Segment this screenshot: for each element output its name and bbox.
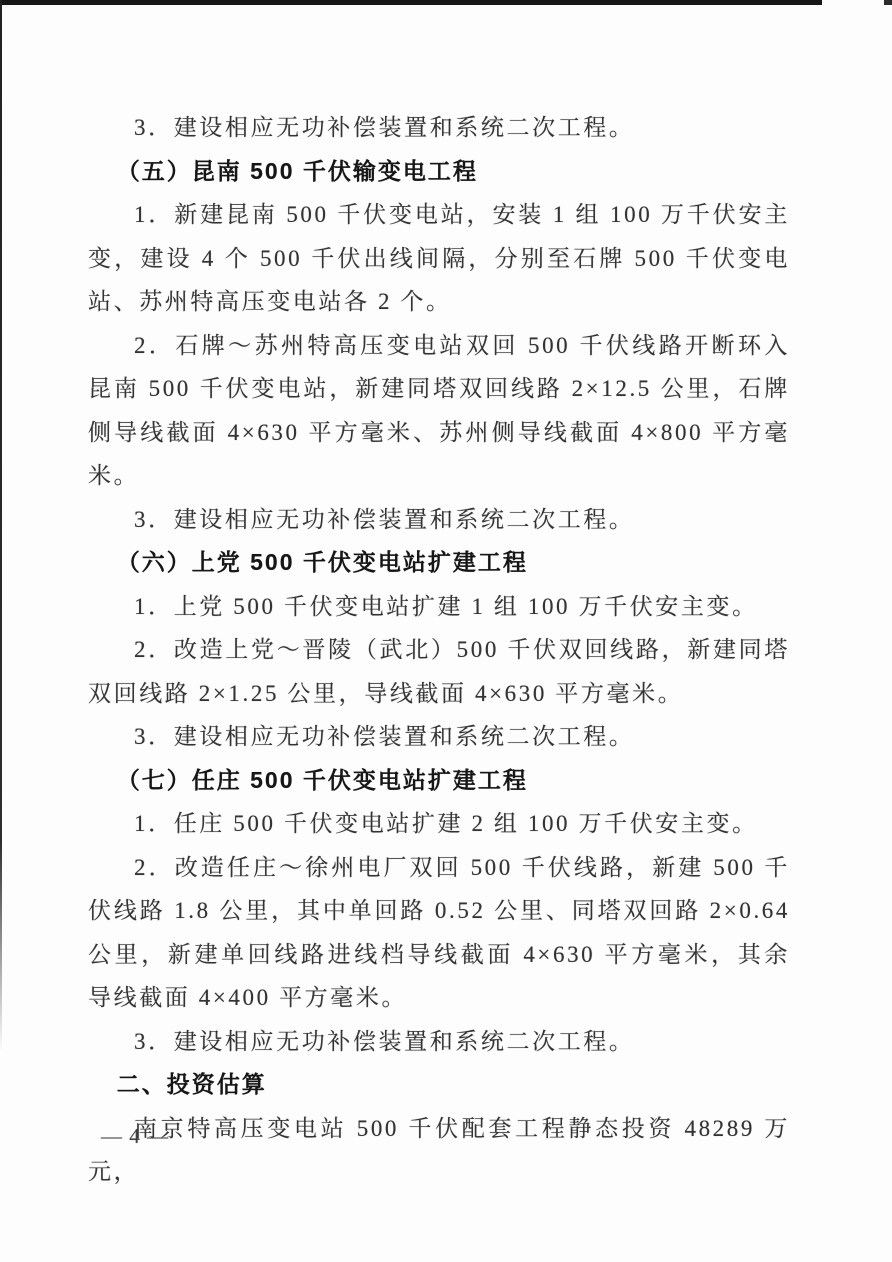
paragraph-item-2-shangdang-jinling-line: 2．改造上党～晋陵（武北）500 千伏双回线路，新建同塔双回线路 2×1.25 … [88, 628, 790, 715]
section-heading-7-renzhuang-project: （七）任庄 500 千伏变电站扩建工程 [88, 759, 790, 803]
section-heading-6-shangdang-project: （六）上党 500 千伏变电站扩建工程 [88, 541, 790, 585]
scan-edge-left-line [0, 0, 2, 1052]
paragraph-item-3-reactive-compensation: 3．建设相应无功补偿装置和系统二次工程。 [88, 498, 790, 542]
paragraph-nanjing-investment: 南京特高压变电站 500 千伏配套工程静态投资 48289 万元， [88, 1107, 790, 1194]
section-heading-5-kunnan-project: （五）昆南 500 千伏输变电工程 [88, 150, 790, 194]
paragraph-item-3-reactive-compensation: 3．建设相应无功补偿装置和系统二次工程。 [88, 715, 790, 759]
paragraph-item-1-shangdang-expansion: 1．上党 500 千伏变电站扩建 1 组 100 万千伏安主变。 [88, 585, 790, 629]
paragraph-item-3-reactive-compensation: 3．建设相应无功补偿装置和系统二次工程。 [88, 1020, 790, 1064]
paragraph-item-2-shipai-suzhou-line: 2．石牌～苏州特高压变电站双回 500 千伏线路开断环入昆南 500 千伏变电站… [88, 324, 790, 498]
paragraph-item-1-renzhuang-expansion: 1．任庄 500 千伏变电站扩建 2 组 100 万千伏安主变。 [88, 802, 790, 846]
scan-edge-top-bar [0, 0, 822, 5]
document-body: 3．建设相应无功补偿装置和系统二次工程。 （五）昆南 500 千伏输变电工程 1… [88, 106, 790, 1194]
paragraph-item-1-kunnan-substation: 1．新建昆南 500 千伏变电站，安装 1 组 100 万千伏安主变，建设 4 … [88, 193, 790, 324]
paragraph-item-2-renzhuang-xuzhou-line: 2．改造任庄～徐州电厂双回 500 千伏线路，新建 500 千伏线路 1.8 公… [88, 846, 790, 1020]
page-number: — 4 — [101, 1124, 169, 1149]
scan-mark-top-right [884, 0, 892, 5]
scanned-document-page: 3．建设相应无功补偿装置和系统二次工程。 （五）昆南 500 千伏输变电工程 1… [0, 0, 892, 1262]
paragraph-item-3-reactive-compensation: 3．建设相应无功补偿装置和系统二次工程。 [88, 106, 790, 150]
section-heading-investment-estimate: 二、投资估算 [88, 1063, 790, 1107]
